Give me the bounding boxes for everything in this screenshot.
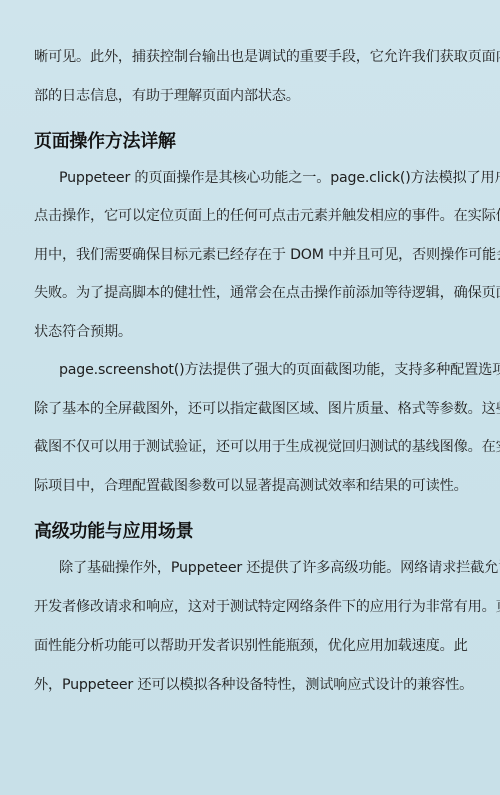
paragraph-line: page.screenshot()方法提供了强大的页面截图功能，支持多种配置选项… xyxy=(59,360,500,380)
paragraph-line: Puppeteer 的页面操作是其核心功能之一。page.click()方法模拟… xyxy=(59,168,500,188)
paragraph-line: 失败。为了提高脚本的健壮性，通常会在点击操作前添加等待逻辑，确保页面 xyxy=(34,283,500,303)
section-heading: 高级功能与应用场景 xyxy=(34,520,193,544)
paragraph-line: 际项目中，合理配置截图参数可以显著提高测试效率和结果的可读性。 xyxy=(34,476,468,496)
paragraph-line: 面性能分析功能可以帮助开发者识别性能瓶颈，优化应用加载速度。此 xyxy=(34,636,468,656)
paragraph-line: 除了基本的全屏截图外，还可以指定截图区域、图片质量、格式等参数。这些 xyxy=(34,399,500,419)
paragraph-line: 外，Puppeteer 还可以模拟各种设备特性，测试响应式设计的兼容性。 xyxy=(34,675,473,695)
section-heading: 页面操作方法详解 xyxy=(34,130,176,154)
paragraph-line: 截图不仅可以用于测试验证，还可以用于生成视觉回归测试的基线图像。在实 xyxy=(34,437,500,457)
paragraph-line: 除了基础操作外，Puppeteer 还提供了许多高级功能。网络请求拦截允许 xyxy=(59,558,500,578)
paragraph-line: 点击操作，它可以定位页面上的任何可点击元素并触发相应的事件。在实际使 xyxy=(34,206,500,226)
paragraph-line: 状态符合预期。 xyxy=(34,322,132,342)
intro-line: 部的日志信息，有助于理解页面内部状态。 xyxy=(34,86,300,106)
intro-line: 晰可见。此外，捕获控制台输出也是调试的重要手段，它允许我们获取页面内 xyxy=(34,47,500,67)
paragraph-line: 用中，我们需要确保目标元素已经存在于 DOM 中并且可见，否则操作可能会 xyxy=(34,245,500,265)
paragraph-line: 开发者修改请求和响应，这对于测试特定网络条件下的应用行为非常有用。页 xyxy=(34,597,500,617)
